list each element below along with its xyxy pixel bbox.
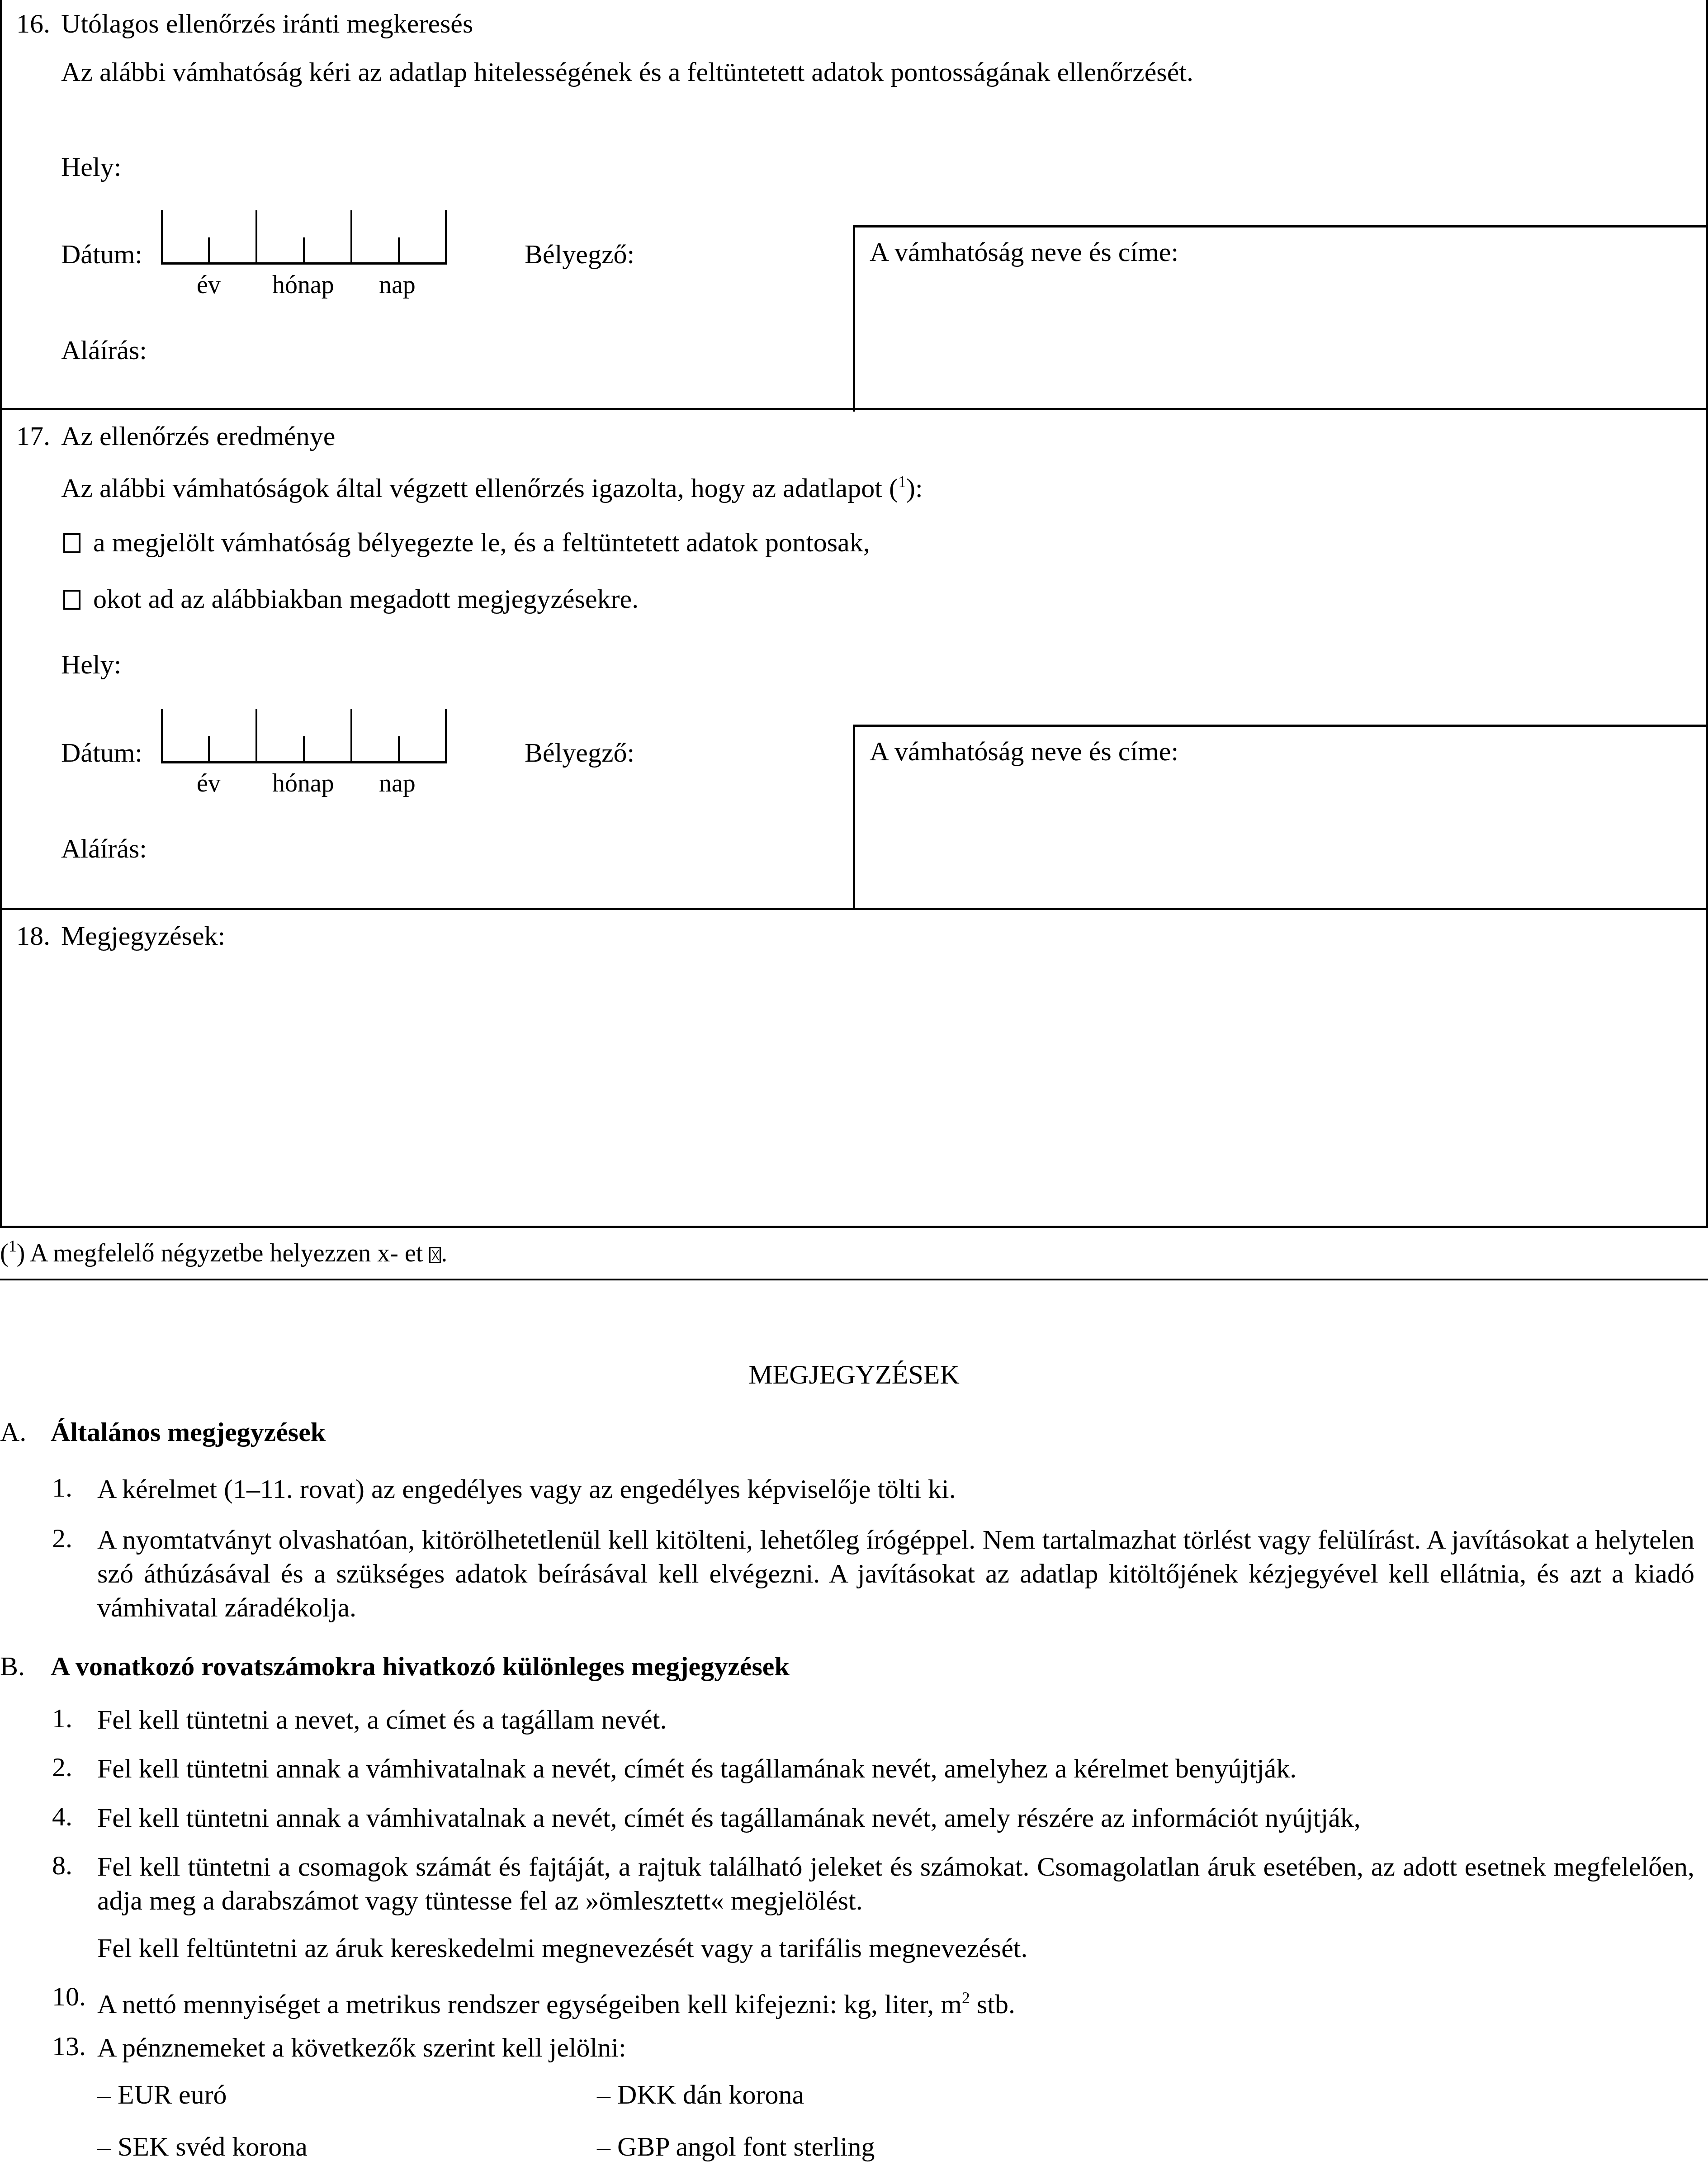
note-a2-number: 2. <box>52 1523 72 1554</box>
section-16-place-label: Hely: <box>61 152 121 183</box>
checkbox-stamped-correct[interactable] <box>63 533 80 553</box>
section-17-place-label: Hely: <box>61 649 121 680</box>
section-17-authority-box[interactable]: A vámhatóság neve és címe: <box>853 725 1708 910</box>
footnote-separator <box>0 1279 1708 1280</box>
section-16-stamp-label: Bélyegző: <box>525 239 634 270</box>
section-17-number: 17. <box>16 421 50 452</box>
note-b13-number: 13. <box>52 2031 86 2062</box>
note-a1-text: A kérelmet (1–11. rovat) az engedélyes v… <box>97 1472 1694 1506</box>
section-16-place-field[interactable] <box>127 149 805 181</box>
note-a2-text: A nyomtatványt olvashatóan, kitörölhetet… <box>97 1523 1694 1625</box>
option-stamped-correct-label: a megjelölt vámhatóság bélyegezte le, és… <box>93 527 870 557</box>
section-16-title: Utólagos ellenőrzés iránti megkeresés <box>61 8 473 39</box>
section-16-text: Az alábbi vámhatóság kéri az adatlap hit… <box>61 57 1193 88</box>
footnote: (1) A megfelelő négyzetbe helyezzen x- e… <box>0 1237 447 1268</box>
note-b10-text-end: stb. <box>970 1989 1015 2019</box>
footnote-ref: 1 <box>898 473 906 491</box>
footnote-text: A megfelelő négyzetbe helyezzen x- et <box>30 1239 423 1267</box>
currency-gbp: – GBP angol font sterling <box>597 2131 875 2162</box>
section-16-signature-label: Aláírás: <box>61 335 147 366</box>
notes-a-title: Általános megjegyzések <box>51 1417 326 1448</box>
section-16-authority-box[interactable]: A vámhatóság neve és címe: <box>853 225 1708 412</box>
checkbox-remarks[interactable] <box>63 590 80 610</box>
section-16-authority-label: A vámhatóság neve és címe: <box>870 237 1178 268</box>
date-year-label: év <box>197 270 221 299</box>
currency-dkk: – DKK dán korona <box>597 2079 804 2110</box>
checked-box-icon <box>429 1247 441 1263</box>
date-year-label: év <box>197 769 221 798</box>
section-17-authority-label: A vámhatóság neve és címe: <box>870 736 1178 767</box>
section-17-signature-field[interactable] <box>163 829 796 865</box>
section-17-date-field[interactable] <box>161 709 447 763</box>
section-17-date-label: Dátum: <box>61 737 142 768</box>
note-a1-number: 1. <box>52 1472 72 1503</box>
section-17-signature-label: Aláírás: <box>61 833 147 864</box>
section-16-date-field[interactable] <box>161 210 447 265</box>
option-stamped-correct[interactable]: a megjelölt vámhatóság bélyegezte le, és… <box>63 527 870 558</box>
note-b10-superscript: 2 <box>962 1989 970 2007</box>
option-remarks[interactable]: okot ad az alábbiakban megadott megjegyz… <box>63 583 639 615</box>
date-month-label: hónap <box>272 769 334 798</box>
date-day-label: nap <box>379 769 416 798</box>
divider-17-18 <box>0 908 1708 910</box>
divider-16-17 <box>0 408 1708 410</box>
note-b8-text: Fel kell tüntetni a csomagok számát és f… <box>97 1850 1694 1918</box>
notes-heading: MEGJEGYZÉSEK <box>0 1359 1708 1390</box>
option-remarks-label: okot ad az alábbiakban megadott megjegyz… <box>93 584 639 614</box>
section-17-stamp-label: Bélyegző: <box>525 737 634 768</box>
section-17-place-field[interactable] <box>127 647 805 678</box>
date-month-label: hónap <box>272 270 334 299</box>
note-b1-number: 1. <box>52 1703 72 1734</box>
note-b10-number: 10. <box>52 1981 86 2012</box>
currency-eur: – EUR euró <box>97 2079 227 2110</box>
note-b10-text: A nettó mennyiséget a metrikus rendszer … <box>97 1981 1694 2021</box>
section-18-number: 18. <box>16 920 50 952</box>
notes-b-title: A vonatkozó rovatszámokra hivatkozó külö… <box>51 1651 790 1682</box>
section-16-signature-field[interactable] <box>163 330 796 366</box>
section-18-remarks-field[interactable] <box>14 963 1687 1217</box>
currency-sek: – SEK svéd korona <box>97 2131 308 2162</box>
footnote-number: 1 <box>9 1237 17 1255</box>
note-b8-number: 8. <box>52 1850 72 1881</box>
note-b2-number: 2. <box>52 1752 72 1783</box>
section-16-date-label: Dátum: <box>61 239 142 270</box>
section-17-title: Az ellenőrzés eredménye <box>61 421 335 452</box>
note-b1-text: Fel kell tüntetni a nevet, a címet és a … <box>97 1703 1694 1737</box>
section-18-title: Megjegyzések: <box>61 920 225 952</box>
notes-b-letter: B. <box>0 1651 25 1682</box>
section-16-number: 16. <box>16 8 50 39</box>
note-b4-number: 4. <box>52 1801 72 1832</box>
note-b10-text-main: A nettó mennyiséget a metrikus rendszer … <box>97 1989 962 2019</box>
note-b8-extra: Fel kell feltüntetni az áruk kereskedelm… <box>97 1931 1694 1965</box>
section-17-text: Az alábbi vámhatóságok által végzett ell… <box>61 473 923 504</box>
note-b4-text: Fel kell tüntetni annak a vámhivatalnak … <box>97 1801 1694 1835</box>
section-17-text-body: Az alábbi vámhatóságok által végzett ell… <box>61 473 882 503</box>
note-b13-text: A pénznemeket a következők szerint kell … <box>97 2031 1694 2065</box>
date-day-label: nap <box>379 270 416 299</box>
note-b2-text: Fel kell tüntetni annak a vámhivatalnak … <box>97 1752 1694 1786</box>
notes-a-letter: A. <box>0 1417 26 1448</box>
